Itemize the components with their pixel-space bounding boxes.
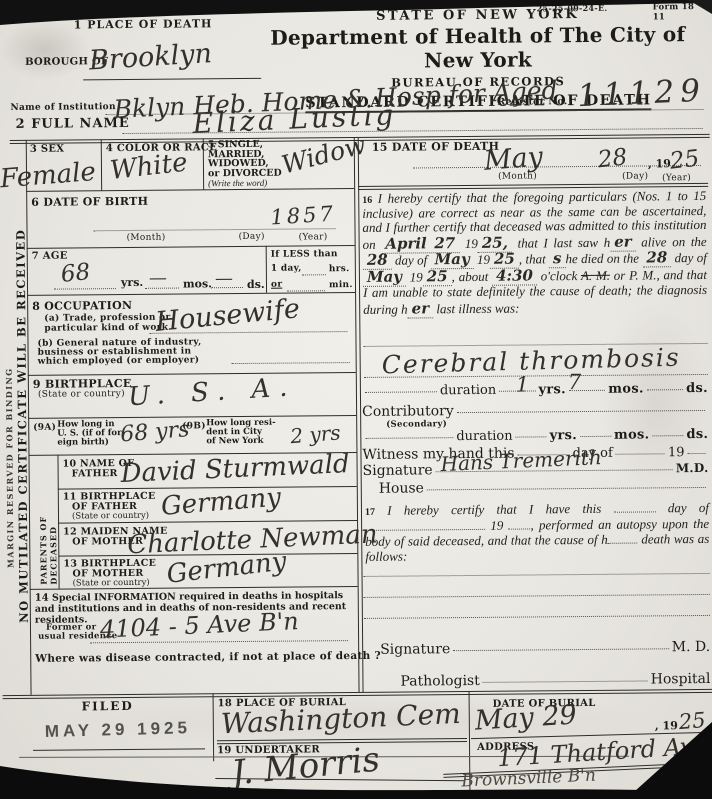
duration1-mos-value: 7 — [568, 370, 582, 394]
special-info-num: 14 — [35, 593, 49, 604]
rowD-border — [28, 372, 356, 376]
nyc-years-prefix: (9B) — [182, 421, 206, 431]
signature-label: Signature — [363, 462, 433, 479]
c16-am-struck: A. M. — [581, 268, 610, 283]
age-less-label: If LESS than — [271, 249, 338, 260]
c16-s12: o'clock — [541, 268, 578, 283]
us-years-l3: eign birth) — [57, 438, 125, 448]
house-label: House — [379, 480, 424, 496]
dod-year-value: 25 — [669, 146, 701, 175]
duration1-mos: mos. — [608, 381, 644, 396]
birthplace-value: U. S. A. — [127, 372, 297, 412]
signature-md: M.D. — [676, 461, 709, 475]
borough-underline — [83, 78, 261, 81]
rowA-border — [26, 188, 354, 192]
us-years-label: How long in U. S. (if of for- eign birth… — [57, 420, 125, 448]
dod-month-label: (Month) — [498, 171, 537, 181]
age-hrs-line — [302, 274, 326, 275]
duration1-yrs: yrs. — [538, 382, 566, 397]
parents-vertical-label: PARENTS OF DECEASED — [38, 461, 59, 585]
age-ds-label: ds. — [247, 278, 265, 291]
father-bp-note: (State or country) — [72, 511, 149, 522]
age-yrs-line — [54, 288, 116, 290]
house-row: House — [379, 478, 709, 497]
c17-s2: day of — [668, 500, 709, 515]
c16-s11: , about — [452, 269, 489, 284]
age-value: 68 — [60, 259, 92, 288]
place-of-death-label: 1 PLACE OF DEATH — [74, 17, 213, 31]
pathologist-label: Pathologist — [400, 673, 480, 690]
sex-race-divider — [101, 139, 102, 190]
certificate-form: 25-25-09-24-E. Form 18 11 1 PLACE OF DEA… — [0, 0, 712, 799]
register-value: 11129 — [577, 73, 707, 115]
duration2-yrs: yrs. — [549, 428, 577, 443]
contributory-row: Contributory — [362, 401, 708, 420]
age-label: 7 AGE — [32, 251, 68, 262]
c16-s14: last illness was: — [436, 300, 519, 316]
c16-s7: , that — [519, 252, 546, 267]
c17-s1: I hereby certify that I have this — [387, 501, 601, 518]
age-less-divider — [266, 246, 267, 293]
dod-year-printed: , 19 — [648, 157, 671, 170]
rowB-border — [27, 245, 355, 249]
nyc-years-value: 2 yrs — [289, 420, 341, 448]
marital-label: 5 SINGLE, MARRIED, WIDOWED, or DIVORCED … — [208, 140, 282, 189]
age-less3a: or — [271, 280, 282, 290]
form-number: Form 18 11 — [653, 2, 709, 22]
signature2-label: Signature — [380, 641, 450, 658]
burial-date-value: May 29 — [474, 699, 578, 736]
age-yrs-label: yrs. — [121, 276, 143, 289]
rowE-border — [28, 415, 356, 419]
certify-17-paragraph: 17 I hereby certify that I have this day… — [365, 500, 710, 564]
dob-label: 6 DATE OF BIRTH — [31, 195, 148, 209]
dod-year-label: (Year) — [662, 173, 691, 183]
age-less2a: 1 day, — [271, 263, 302, 273]
c16-s8: he died on the — [565, 251, 639, 267]
c16-s3: that I last saw h — [518, 234, 611, 250]
footer-top-rule — [3, 689, 712, 699]
duration1-row: duration yrs. mos. ds. — [362, 381, 708, 399]
c16-s6: 19 — [477, 252, 490, 267]
witness-19: 19 — [668, 445, 685, 460]
footer-divider-1 — [213, 693, 215, 761]
duration1-yrs-value: 1 — [516, 372, 530, 396]
duration2-row: duration yrs. mos. ds. — [362, 427, 708, 445]
age-less2b: hrs. — [329, 264, 350, 274]
burial-date-year-printed: , 19 — [655, 719, 678, 732]
c16-er1-value: er — [610, 232, 636, 251]
signature2-row: Signature M. D. — [380, 639, 710, 658]
borough-value: Brooklyn — [88, 38, 213, 76]
nyc-years-label: How long resi- dent in City of New York — [206, 419, 276, 447]
rowC-border — [27, 292, 355, 296]
signature2-md: M. D. — [672, 639, 711, 655]
age-less3b: min. — [329, 280, 353, 290]
duration2-ds: ds. — [686, 427, 708, 442]
father-name-l2: FATHER — [72, 468, 118, 479]
age-mos-label: mos. — [183, 277, 212, 290]
us-years-value: 68 yrs — [119, 417, 190, 447]
duration1-ds: ds. — [686, 381, 708, 396]
c16-er2-value: er — [408, 299, 434, 318]
dob-month-label: (Month) — [127, 233, 166, 243]
filed-line — [33, 748, 205, 751]
autopsy-line-3 — [364, 615, 710, 619]
c16-s4: alive on the — [641, 234, 707, 250]
dob-line — [94, 228, 336, 231]
dob-year-label: (Year) — [299, 232, 328, 242]
marital-note: (Write the word) — [208, 178, 282, 188]
dob-year-value: 1857 — [270, 201, 337, 229]
disease-contracted-label: Where was disease contracted, if not at … — [35, 650, 381, 665]
duration2-mos: mos. — [614, 427, 650, 442]
certify-16-num: 16 — [362, 195, 372, 206]
autopsy-line-1 — [364, 573, 710, 577]
sex-value: Female — [0, 157, 97, 194]
age-mos-dash: — — [149, 268, 167, 289]
dod-day-value: 28 — [597, 144, 629, 173]
form-code: 25-25-09-24-E. — [537, 3, 608, 14]
contributory-note: (Secondary) — [386, 419, 447, 430]
sex-label: 3 SEX — [30, 144, 65, 155]
duration2-label: duration — [456, 429, 512, 444]
duration1-label: duration — [440, 383, 496, 398]
father-name-value: David Sturmwald — [120, 449, 350, 489]
age-ds-dash: — — [215, 268, 233, 289]
c17-s3: 19 — [490, 517, 503, 532]
institution-label: Name of Institution — [10, 102, 115, 113]
dod-day-label: (Day) — [622, 171, 648, 181]
contributory-label: Contributory — [362, 403, 454, 420]
c16-s9: day of — [675, 250, 707, 265]
pathologist-row: Pathologist Hospital — [400, 671, 710, 690]
filed-label: FILED — [3, 698, 213, 714]
filed-stamp: MAY 29 1925 — [45, 718, 192, 742]
death-certificate-scan: 25-25-09-24-E. Form 18 11 1 PLACE OF DEA… — [0, 0, 712, 799]
occupation-b3: which employed (or employer) — [38, 355, 200, 366]
burial-date-year-value: 25 — [678, 708, 707, 734]
department-title: Department of Health of The City of New … — [247, 22, 709, 74]
us-years-prefix: (9A) — [33, 423, 56, 433]
c16-s10: 19 — [410, 270, 423, 285]
birthplace-note: (State or country) — [38, 389, 125, 400]
c16-she-s-value: s — [549, 250, 566, 269]
certify-16-paragraph: 16 I hereby certify that the foregoing p… — [362, 189, 707, 317]
c16-s2: 19 — [465, 236, 478, 251]
mother-bp-note: (State or country) — [73, 578, 150, 589]
c16-day2-value: 28 — [642, 249, 671, 268]
certify-17-num: 17 — [365, 507, 375, 518]
nyc-years-l3: of New York — [206, 437, 275, 447]
dod-label: 15 DATE OF DEATH — [372, 140, 500, 154]
pathologist-hospital-label: Hospital — [651, 671, 711, 688]
dob-day-label: (Day) — [239, 232, 265, 242]
occupation-label: 8 OCCUPATION — [32, 299, 132, 313]
occupation-b-line — [232, 362, 350, 364]
fullname-label: 2 FULL NAME — [16, 116, 130, 132]
autopsy-line-2 — [364, 594, 710, 598]
c16-s5: day of — [395, 253, 427, 268]
